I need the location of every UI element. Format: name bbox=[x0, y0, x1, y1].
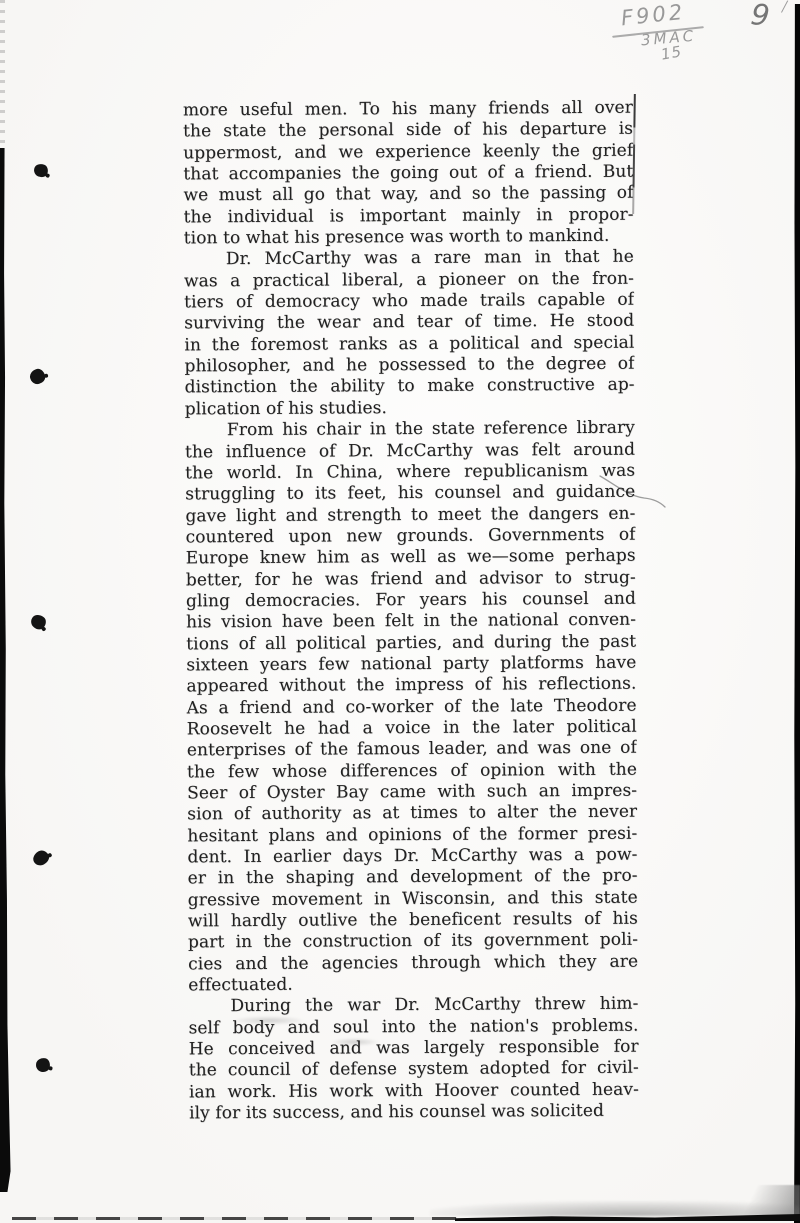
text-line: effectuated. bbox=[188, 973, 638, 997]
text-line: Dr. McCarthy was a rare man in that he bbox=[184, 247, 634, 271]
text-line: his vision have been felt in the nationa… bbox=[186, 610, 636, 634]
text-line: sion of authority as at times to alter t… bbox=[187, 802, 637, 826]
page-corner-mark bbox=[781, 0, 796, 14]
handwritten-archive-code: F902 bbox=[620, 0, 686, 30]
text-line: tion to what his presence was worth to m… bbox=[184, 226, 634, 250]
text-line: gressive movement in Wisconsin, and this… bbox=[188, 887, 638, 911]
text-line: the world. In China, where republicanism… bbox=[185, 460, 635, 484]
text-line: er in the shaping and development of the… bbox=[188, 866, 638, 890]
text-line: ily for its success, and his counsel was… bbox=[189, 1101, 639, 1125]
text-line: the state the personal side of his depar… bbox=[183, 119, 633, 143]
text-line: the few whose differences of opinion wit… bbox=[187, 759, 637, 783]
text-line: Seer of Oyster Bay came with such an imp… bbox=[187, 781, 637, 805]
text-line: He conceived and was largely responsible… bbox=[189, 1037, 639, 1061]
text-line: Europe knew him as well as we—some perha… bbox=[186, 546, 636, 570]
text-line: sixteen years few national party platfor… bbox=[186, 653, 636, 677]
handwritten-archive-code-3: 15 bbox=[660, 42, 684, 63]
text-line: tiers of democracy who made trails capab… bbox=[184, 290, 634, 314]
ink-blob bbox=[28, 612, 48, 632]
right-scan-border bbox=[794, 4, 800, 1223]
text-line: gave light and strength to meet the dang… bbox=[185, 503, 635, 527]
text-line: gling democracies. For years his counsel… bbox=[186, 589, 636, 613]
ink-blob bbox=[28, 367, 46, 385]
text-line: appeared without the impress of his refl… bbox=[186, 674, 636, 698]
text-line: philosopher, and he possessed to the deg… bbox=[184, 354, 634, 378]
left-edge-speckle bbox=[0, 0, 5, 150]
text-line: countered upon new grounds. Governments … bbox=[185, 525, 635, 549]
text-line: During the war Dr. McCarthy threw him- bbox=[188, 994, 638, 1018]
text-line: uppermost, and we experience keenly the … bbox=[183, 140, 633, 164]
text-line: From his chair in the state reference li… bbox=[185, 418, 635, 442]
text-line: the individual is important mainly in pr… bbox=[184, 204, 634, 228]
text-line: Roosevelt he had a voice in the later po… bbox=[187, 717, 637, 741]
text-line: will hardly outlive the beneficent resul… bbox=[188, 909, 638, 933]
text-line: dent. In earlier days Dr. McCarthy was a… bbox=[187, 845, 637, 869]
scanned-document-page: F902 3MAC 15 9 more useful men. To his m… bbox=[0, 0, 800, 1223]
text-line: hesitant plans and opinions of the forme… bbox=[187, 823, 637, 847]
text-line: part in the construction of its governme… bbox=[188, 930, 638, 954]
text-line: the influence of Dr. McCarthy was felt a… bbox=[185, 439, 635, 463]
text-line: enterprises of the famous leader, and wa… bbox=[187, 738, 637, 762]
text-line: more useful men. To his many friends all… bbox=[183, 98, 633, 122]
text-line: surviving the wear and tear of time. He … bbox=[184, 311, 634, 335]
bottom-right-smudge bbox=[715, 1185, 800, 1217]
text-line: in the foremost ranks as a political and… bbox=[184, 332, 634, 356]
text-line: struggling to its feet, his counsel and … bbox=[185, 482, 635, 506]
text-line: the council of defense system adopted fo… bbox=[189, 1058, 639, 1082]
left-scan-border bbox=[0, 148, 12, 1192]
text-line: we must all go that way, and so the pass… bbox=[183, 183, 633, 207]
bottom-scan-border-dashed bbox=[12, 1217, 457, 1220]
text-line: tions of all political parties, and duri… bbox=[186, 631, 636, 655]
text-line: was a practical liberal, a pioneer on th… bbox=[184, 268, 634, 292]
text-line: self body and soul into the nation's pro… bbox=[188, 1015, 638, 1039]
text-line: plication of his studies. bbox=[185, 396, 635, 420]
handwritten-page-number: 9 bbox=[749, 0, 771, 33]
text-line: distinction the ability to make construc… bbox=[185, 375, 635, 399]
article-text-column: more useful men. To his many friends all… bbox=[183, 98, 639, 1125]
text-line: cies and the agencies through which they… bbox=[188, 951, 638, 975]
text-line: As a friend and co-worker of the late Th… bbox=[187, 695, 637, 719]
ink-blob bbox=[32, 162, 50, 179]
text-line: better, for he was friend and advisor to… bbox=[186, 567, 636, 591]
ink-blob bbox=[35, 1057, 51, 1073]
ink-blob bbox=[31, 848, 52, 868]
text-line: that accompanies the going out of a frie… bbox=[183, 162, 633, 186]
text-line: ian work. His work with Hoover counted h… bbox=[189, 1079, 639, 1103]
